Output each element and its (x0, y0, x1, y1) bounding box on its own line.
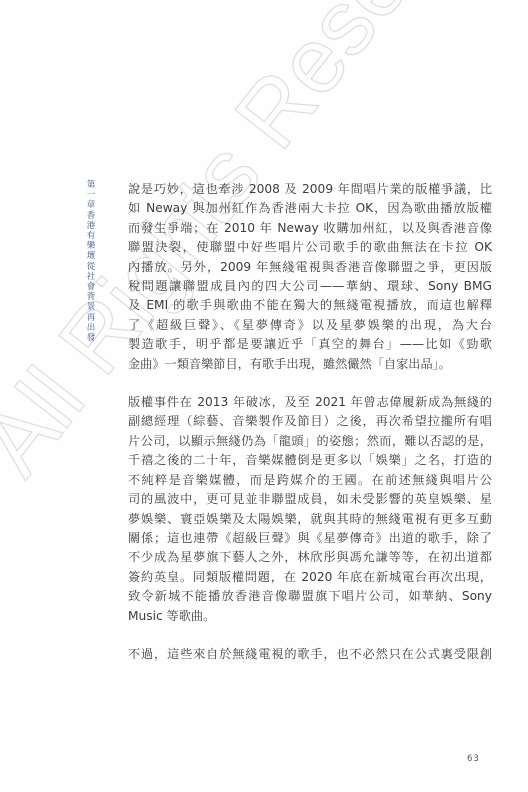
text-line: 千禧之後的二十年，音樂媒體倒是更多以「娛樂」之名，打造的 (128, 451, 492, 470)
text-line: 關係；這也連帶《超級巨聲》與《星夢傳奇》出道的歌手，除了 (128, 529, 492, 548)
text-line: 致令新城不能播放香港音像聯盟旗下唱片公司，如華納、Sony (128, 587, 492, 606)
page-number: 63 (467, 754, 480, 764)
text-line: 簽約英皇。同類版權問題，在 2020 年底在新城電台再次出現， (128, 568, 492, 587)
text-line: 不過，這些來自於無綫電視的歌手，也不必然只在公式裏受限創 (128, 645, 492, 664)
text-line: 如 Neway 與加州紅作為香港兩大卡拉 OK，因為歌曲播放版權 (128, 199, 492, 218)
body-text: 說是巧妙，這也牽涉 2008 及 2009 年間唱片業的版權爭議，比 如 New… (128, 180, 492, 664)
title-char: 港 (84, 221, 98, 231)
section-char: 社 (84, 272, 98, 282)
paragraph-2: 版權事件在 2013 年破冰，及至 2021 年曾志偉履新成為無綫的 副總經理（… (128, 393, 492, 626)
text-line: 司的風波中，更可見並非聯盟成員，如未受影響的英皇娛樂、星 (128, 490, 492, 509)
title-char: 有 (84, 231, 98, 241)
text-line: 不少成為星夢旗下藝人之外，林欣彤與馮允謙等等，在初出道都 (128, 548, 492, 567)
section-char: 背 (84, 292, 98, 302)
running-header-vertical: 第 一 章 香 港 有 樂 壇 從 社 會 背 景 再 出 發 (84, 180, 98, 343)
text-line: 而發生爭端；在 2010 年 Neway 收購加州紅，以及與香港音像 (128, 219, 492, 238)
section-char: 景 (84, 302, 98, 312)
title-char: 壇 (84, 251, 98, 261)
text-line: 版權事件在 2013 年破冰，及至 2021 年曾志偉履新成為無綫的 (128, 393, 492, 412)
section-title: 從 社 會 背 景 再 出 發 (84, 262, 98, 344)
text-line: 副總經理（綜藝、音樂製作及節目）之後，再次希望拉攏所有唱 (128, 412, 492, 431)
chapter-label: 第 一 章 (84, 180, 98, 211)
title-char: 香 (84, 211, 98, 221)
section-char: 會 (84, 282, 98, 292)
chapter-char: 一 (84, 190, 98, 200)
section-char: 再 (84, 313, 98, 323)
paragraph-1: 說是巧妙，這也牽涉 2008 及 2009 年間唱片業的版權爭議，比 如 New… (128, 180, 492, 374)
text-line: 夢娛樂、寰亞娛樂及太陽娛樂，就與其時的無綫電視有更多互動 (128, 510, 492, 529)
book-title: 香 港 有 樂 壇 (84, 211, 98, 262)
title-char: 樂 (84, 241, 98, 251)
text-line: 不純粹是音樂媒體，而是跨媒介的王國。在前述無綫與唱片公 (128, 471, 492, 490)
text-line: 聯盟決裂，使聯盟中好些唱片公司歌手的歌曲無法在卡拉 OK (128, 238, 492, 257)
section-char: 從 (84, 262, 98, 272)
text-line: 說是巧妙，這也牽涉 2008 及 2009 年間唱片業的版權爭議，比 (128, 180, 492, 199)
text-line: 及 EMI 的歌手與歌曲不能在獨大的無綫電視播放，而這也解釋 (128, 296, 492, 315)
text-line: 了《超級巨聲》、《星夢傳奇》以及星夢娛樂的出現，為大台 (128, 316, 492, 335)
paragraph-3: 不過，這些來自於無綫電視的歌手，也不必然只在公式裏受限創 (128, 645, 492, 664)
text-line: 金曲》一類音樂節目，有歌手出現，雖然儼然「自家出品」。 (128, 355, 492, 374)
text-line: 片公司，以顯示無綫仍為「龍頭」的姿態；然而，難以否認的是， (128, 432, 492, 451)
text-line: 內播放。另外，2009 年無綫電視與香港音像聯盟之爭，更因版 (128, 258, 492, 277)
chapter-char: 第 (84, 180, 98, 190)
section-char: 出 (84, 323, 98, 333)
text-line: 製造歌手，明乎都是要讓近乎「真空的舞台」——比如《勁歌 (128, 335, 492, 354)
chapter-char: 章 (84, 200, 98, 210)
text-line: 稅問題讓聯盟成員內的四大公司——華納、環球、Sony BMG (128, 277, 492, 296)
section-char: 發 (84, 333, 98, 343)
text-line: Music 等歌曲。 (128, 607, 492, 626)
